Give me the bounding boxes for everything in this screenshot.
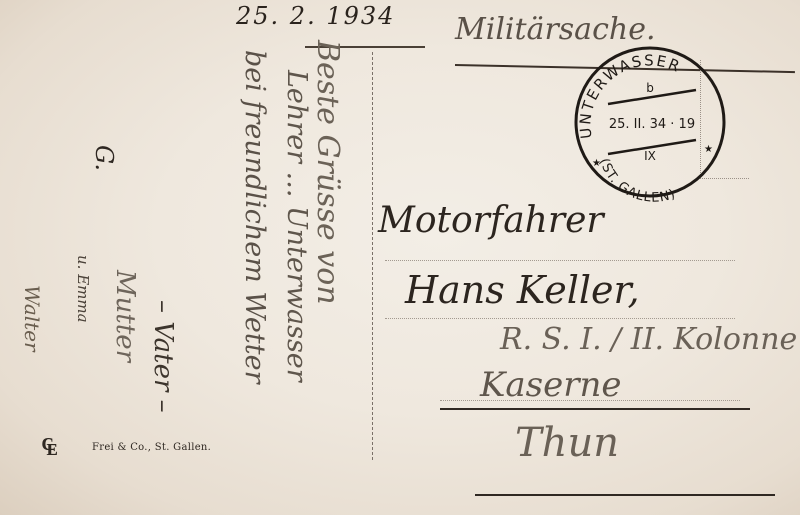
address-line-3: R. S. I. / II. Kolonne (500, 322, 797, 357)
date-written: 25. 2. 1934 (236, 2, 395, 30)
svg-text:(ST. GALLEN): (ST. GALLEN) (596, 157, 678, 202)
message-line: u. Emma (74, 255, 92, 323)
postmark-date: 25. II. 34 · 19 (609, 117, 695, 132)
address-guide-line (385, 318, 735, 319)
message-line: Beste Grüsse von (310, 40, 345, 305)
address-line-5: Thun (515, 420, 619, 466)
postcard-back: 25. 2. 1934 Militärsache. UNTERWASSER (S… (0, 0, 800, 515)
postmark-number: IX (644, 149, 656, 163)
message-line: – Vater – (148, 300, 178, 413)
postmark-letter: b (646, 81, 654, 95)
publisher-logo-icon: ₠ (42, 432, 68, 462)
address-line-4: Kaserne (480, 365, 622, 405)
message-line: Walter (20, 285, 44, 352)
publisher-imprint: Frei & Co., St. Gallen. (92, 442, 211, 453)
message-line: G. (90, 145, 118, 171)
message-line: Lehrer ... Unterwasser (281, 70, 312, 382)
postmark-region: (ST. GALLEN) (596, 157, 678, 202)
message-line: Mutter (110, 270, 140, 362)
address-underline (475, 494, 775, 496)
svg-text:★: ★ (592, 158, 601, 169)
center-divider-line (372, 52, 373, 460)
address-guide-line (385, 260, 735, 261)
address-line-1: Motorfahrer (378, 200, 604, 241)
address-line-2: Hans Keller, (405, 268, 640, 312)
svg-text:★: ★ (704, 144, 713, 155)
message-line: bei freundlichem Wetter (239, 50, 270, 383)
postmark-icon: UNTERWASSER (ST. GALLEN) b 25. II. 34 · … (570, 42, 730, 202)
address-underline (440, 408, 750, 410)
